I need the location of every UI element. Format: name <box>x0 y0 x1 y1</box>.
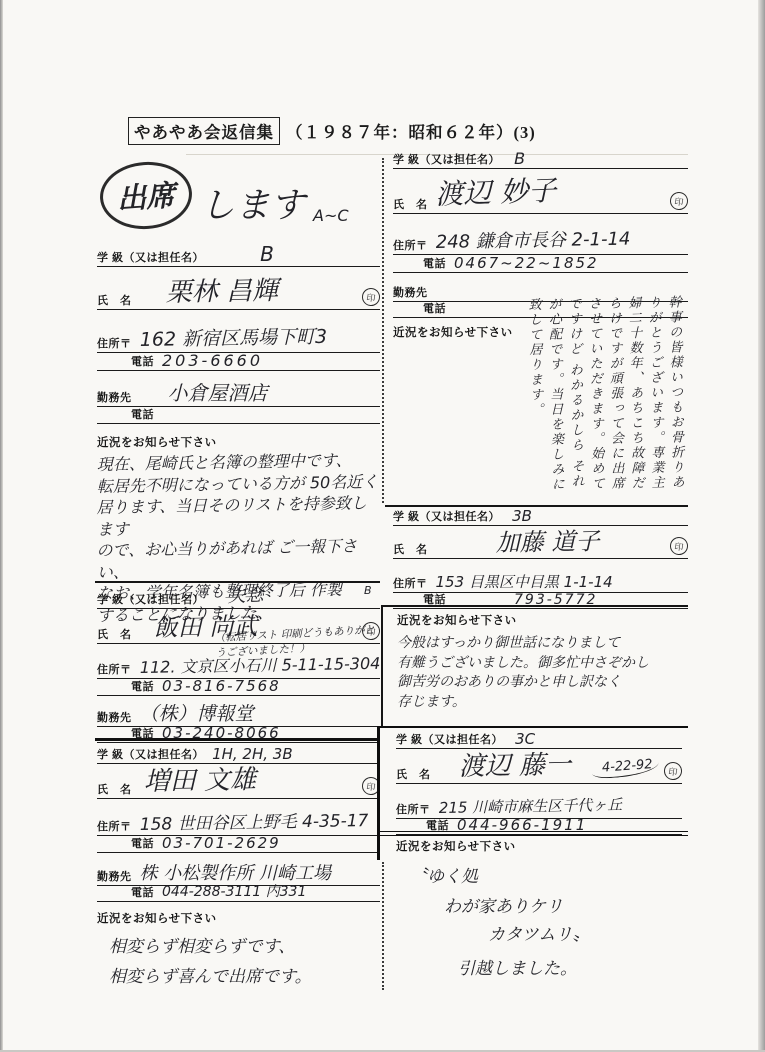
member-form-5: 学 級（又は担任名） 3B 氏 名 加藤 道子 印 住所〒 153 目黒区中目黒… <box>393 509 688 609</box>
workplace-value: （株）博報堂 <box>140 699 254 726</box>
note-line: 有難うございました。御多忙中さぞかし <box>397 654 688 674</box>
class-label: 学 級（又は担任名） <box>97 591 204 608</box>
work-phone-value: 044-288-3111 内331 <box>162 881 306 901</box>
phone-row: 電話 03-816-7568 <box>97 679 380 696</box>
news-box: 近況をお知らせ下さい 今般はすっかり御世話になりまして 有難うございました。御多… <box>381 605 688 726</box>
class-label: 学 級（又は担任名） <box>393 508 500 525</box>
name-label: 氏 名 <box>396 766 431 783</box>
note-line: 相変らず相変らずです、 <box>109 932 380 962</box>
section-divider-heavy <box>95 738 380 741</box>
note-line: 〝ゆく処 <box>410 866 674 888</box>
address-value: 215 川崎市麻生区千代ヶ丘 <box>438 794 622 818</box>
scan-edge-right <box>758 0 765 1052</box>
address-label: 住所〒 <box>97 661 132 678</box>
address-row: 住所〒 215 川崎市麻生区千代ヶ丘 <box>396 792 682 819</box>
name-label: 氏 名 <box>393 196 428 213</box>
note-line: 引越しました。 <box>458 958 674 980</box>
address-row: 住所〒 158 世田谷区上野毛 4-35-17 <box>97 807 380 836</box>
news-note-vertical: 幹事の皆様いつもお骨折りありがとうございます。専業主婦二十数年、あちこち故障だら… <box>395 295 686 500</box>
name-value: 増田 文雄 <box>143 757 354 798</box>
member-form-2: 学 級（又は担任名） 失念 氏 名 飯田 尚武 印 住所〒 112. 文京区小石… <box>97 590 380 743</box>
seal-icon: 印 <box>663 761 683 781</box>
news-label: 近況をお知らせ下さい <box>396 838 516 854</box>
name-label: 氏 名 <box>393 541 428 558</box>
phone-value: 03-701-2629 <box>162 834 281 852</box>
phone-row: 電話 203-6660 <box>97 353 380 371</box>
address-row: 住所〒 248 鎌倉市長谷 2-1-14 <box>393 218 688 255</box>
class-row: 学 級（又は担任名） B <box>97 246 380 267</box>
section-divider-double <box>377 831 688 836</box>
phone-row: 電話 0467~22~1852 <box>393 255 688 273</box>
class-value: 失念 <box>227 581 264 608</box>
name-row: 氏 名 渡辺 妙子 印 <box>393 175 688 214</box>
name-value: 栗林 昌輝 <box>165 269 354 309</box>
note-line: 存じます。 <box>397 693 688 713</box>
news-label: 近況をお知らせ下さい <box>97 434 380 450</box>
workplace-label: 勤務先 <box>97 389 132 406</box>
phone-value: 03-816-7568 <box>162 677 281 695</box>
phone-value: 203-6660 <box>162 351 263 370</box>
news-note: 〝ゆく処 わが家ありケリ カタツムリ〟 引越しました。 <box>402 866 674 980</box>
seal-icon: 印 <box>361 287 381 307</box>
attendance-suffix: します <box>200 186 305 226</box>
news-note: 相変らず相変らずです、 相変らず喜んで出席です。 <box>97 932 380 992</box>
work-phone-row: 電話 <box>97 407 380 424</box>
class-value: B <box>260 242 274 266</box>
note-line: 居ります、当日そのリストを持参致します <box>96 492 380 540</box>
phone-label: 電話 <box>131 353 154 370</box>
scan-edge-left <box>0 0 3 1052</box>
page-title-paren: （１９８７年：昭和６２年）(3) <box>286 119 536 143</box>
address-label: 住所〒 <box>97 335 132 352</box>
address-label: 住所〒 <box>396 801 431 818</box>
name-value: 加藤 道子 <box>495 520 662 558</box>
address-label: 住所〒 <box>97 818 132 835</box>
name-row: 氏 名 加藤 道子 印 <box>393 528 688 559</box>
name-label: 氏 名 <box>97 781 132 798</box>
address-label: 住所〒 <box>393 237 428 254</box>
note-line: わが家ありケリ <box>444 896 674 918</box>
note-line: ので、お心当りがあれば ご一報下さい、 <box>96 535 380 583</box>
name-value: 飯田 尚武 <box>153 605 354 643</box>
address-row: 住所〒 153 目黒区中目黒 1-1-14 <box>393 567 688 593</box>
workplace-label: 勤務先 <box>97 868 132 885</box>
address-row: 住所〒 112. 文京区小石川 5-11-15-304 <box>97 652 380 679</box>
note-line: 相変らず喜んで出席です。 <box>109 962 380 992</box>
attendance-stamp-circle: 出席 <box>98 159 194 232</box>
address-value: 153 目黒区中目黒 1-1-14 <box>436 571 613 592</box>
note-line: カタツムリ〟 <box>488 924 674 946</box>
note-line: 今般はすっかり御世話になりまして <box>397 634 688 654</box>
address-value: 248 鎌倉市長谷 2-1-14 <box>435 225 630 254</box>
note-line: 御苦労のおありの事かと申し訳なく <box>397 673 688 693</box>
page-title: やあやあ会返信集 （１９８７年：昭和６２年）(3) <box>128 117 536 145</box>
seal-icon: 印 <box>669 536 689 556</box>
phone-label: 電話 <box>131 406 154 423</box>
name-label: 氏 名 <box>97 626 132 643</box>
workplace-label: 勤務先 <box>393 284 428 301</box>
phone-label: 電話 <box>423 255 446 272</box>
name-row: 氏 名 飯田 尚武 印 <box>97 613 380 644</box>
news-label: 近況をお知らせ下さい <box>97 910 380 926</box>
news-label: 近況をお知らせ下さい <box>397 612 688 628</box>
column-divider-dotted <box>382 862 384 990</box>
page-title-boxed: やあやあ会返信集 <box>128 117 280 145</box>
workplace-label: 勤務先 <box>97 709 132 726</box>
class-label: 学 級（又は担任名） <box>393 151 500 168</box>
name-row: 氏 名 増田 文雄 印 <box>97 768 380 799</box>
seal-icon: 印 <box>361 621 381 641</box>
address-row: 住所〒 162 新宿区馬場下町3 <box>97 318 380 353</box>
class-value: B <box>514 149 525 168</box>
phone-label: 電話 <box>131 678 154 695</box>
section-divider <box>385 505 688 507</box>
column-divider-dotted <box>382 158 384 503</box>
phone-label: 電話 <box>131 884 154 901</box>
attendance-header: 出席しますA~C <box>100 162 390 242</box>
address-value: 158 世田谷区上野毛 4-35-17 <box>139 806 368 835</box>
name-value: 渡辺 妙子 <box>434 165 662 213</box>
address-label: 住所〒 <box>393 575 428 592</box>
phone-label: 電話 <box>131 835 154 852</box>
workplace-value: 小倉屋酒店 <box>168 377 268 406</box>
name-row: 氏 名 栗林 昌輝 印 <box>97 273 380 310</box>
member-form-3: 学 級（又は担任名） 1H, 2H, 3B 氏 名 増田 文雄 印 住所〒 15… <box>97 745 380 992</box>
scanned-page: やあやあ会返信集 （１９８７年：昭和６２年）(3) 出席しますA~C 学 級（又… <box>0 0 765 1052</box>
workplace-row: 勤務先 小倉屋酒店 <box>97 380 380 407</box>
news-note: 今般はすっかり御世話になりまして 有難うございました。御多忙中さぞかし 御苦労の… <box>397 634 688 712</box>
class-label: 学 級（又は担任名） <box>97 249 204 266</box>
phone-row: 電話 03-701-2629 <box>97 836 380 853</box>
address-value: 112. 文京区小石川 5-11-15-304 <box>139 651 380 678</box>
name-label: 氏 名 <box>97 292 132 309</box>
attendance-class-range: A~C <box>313 206 349 225</box>
address-value: 162 新宿区馬場下町3 <box>139 322 327 352</box>
work-phone-row: 電話 044-288-3111 内331 <box>97 886 380 902</box>
phone-value: 0467~22~1852 <box>454 254 599 272</box>
seal-icon: 印 <box>669 191 689 211</box>
